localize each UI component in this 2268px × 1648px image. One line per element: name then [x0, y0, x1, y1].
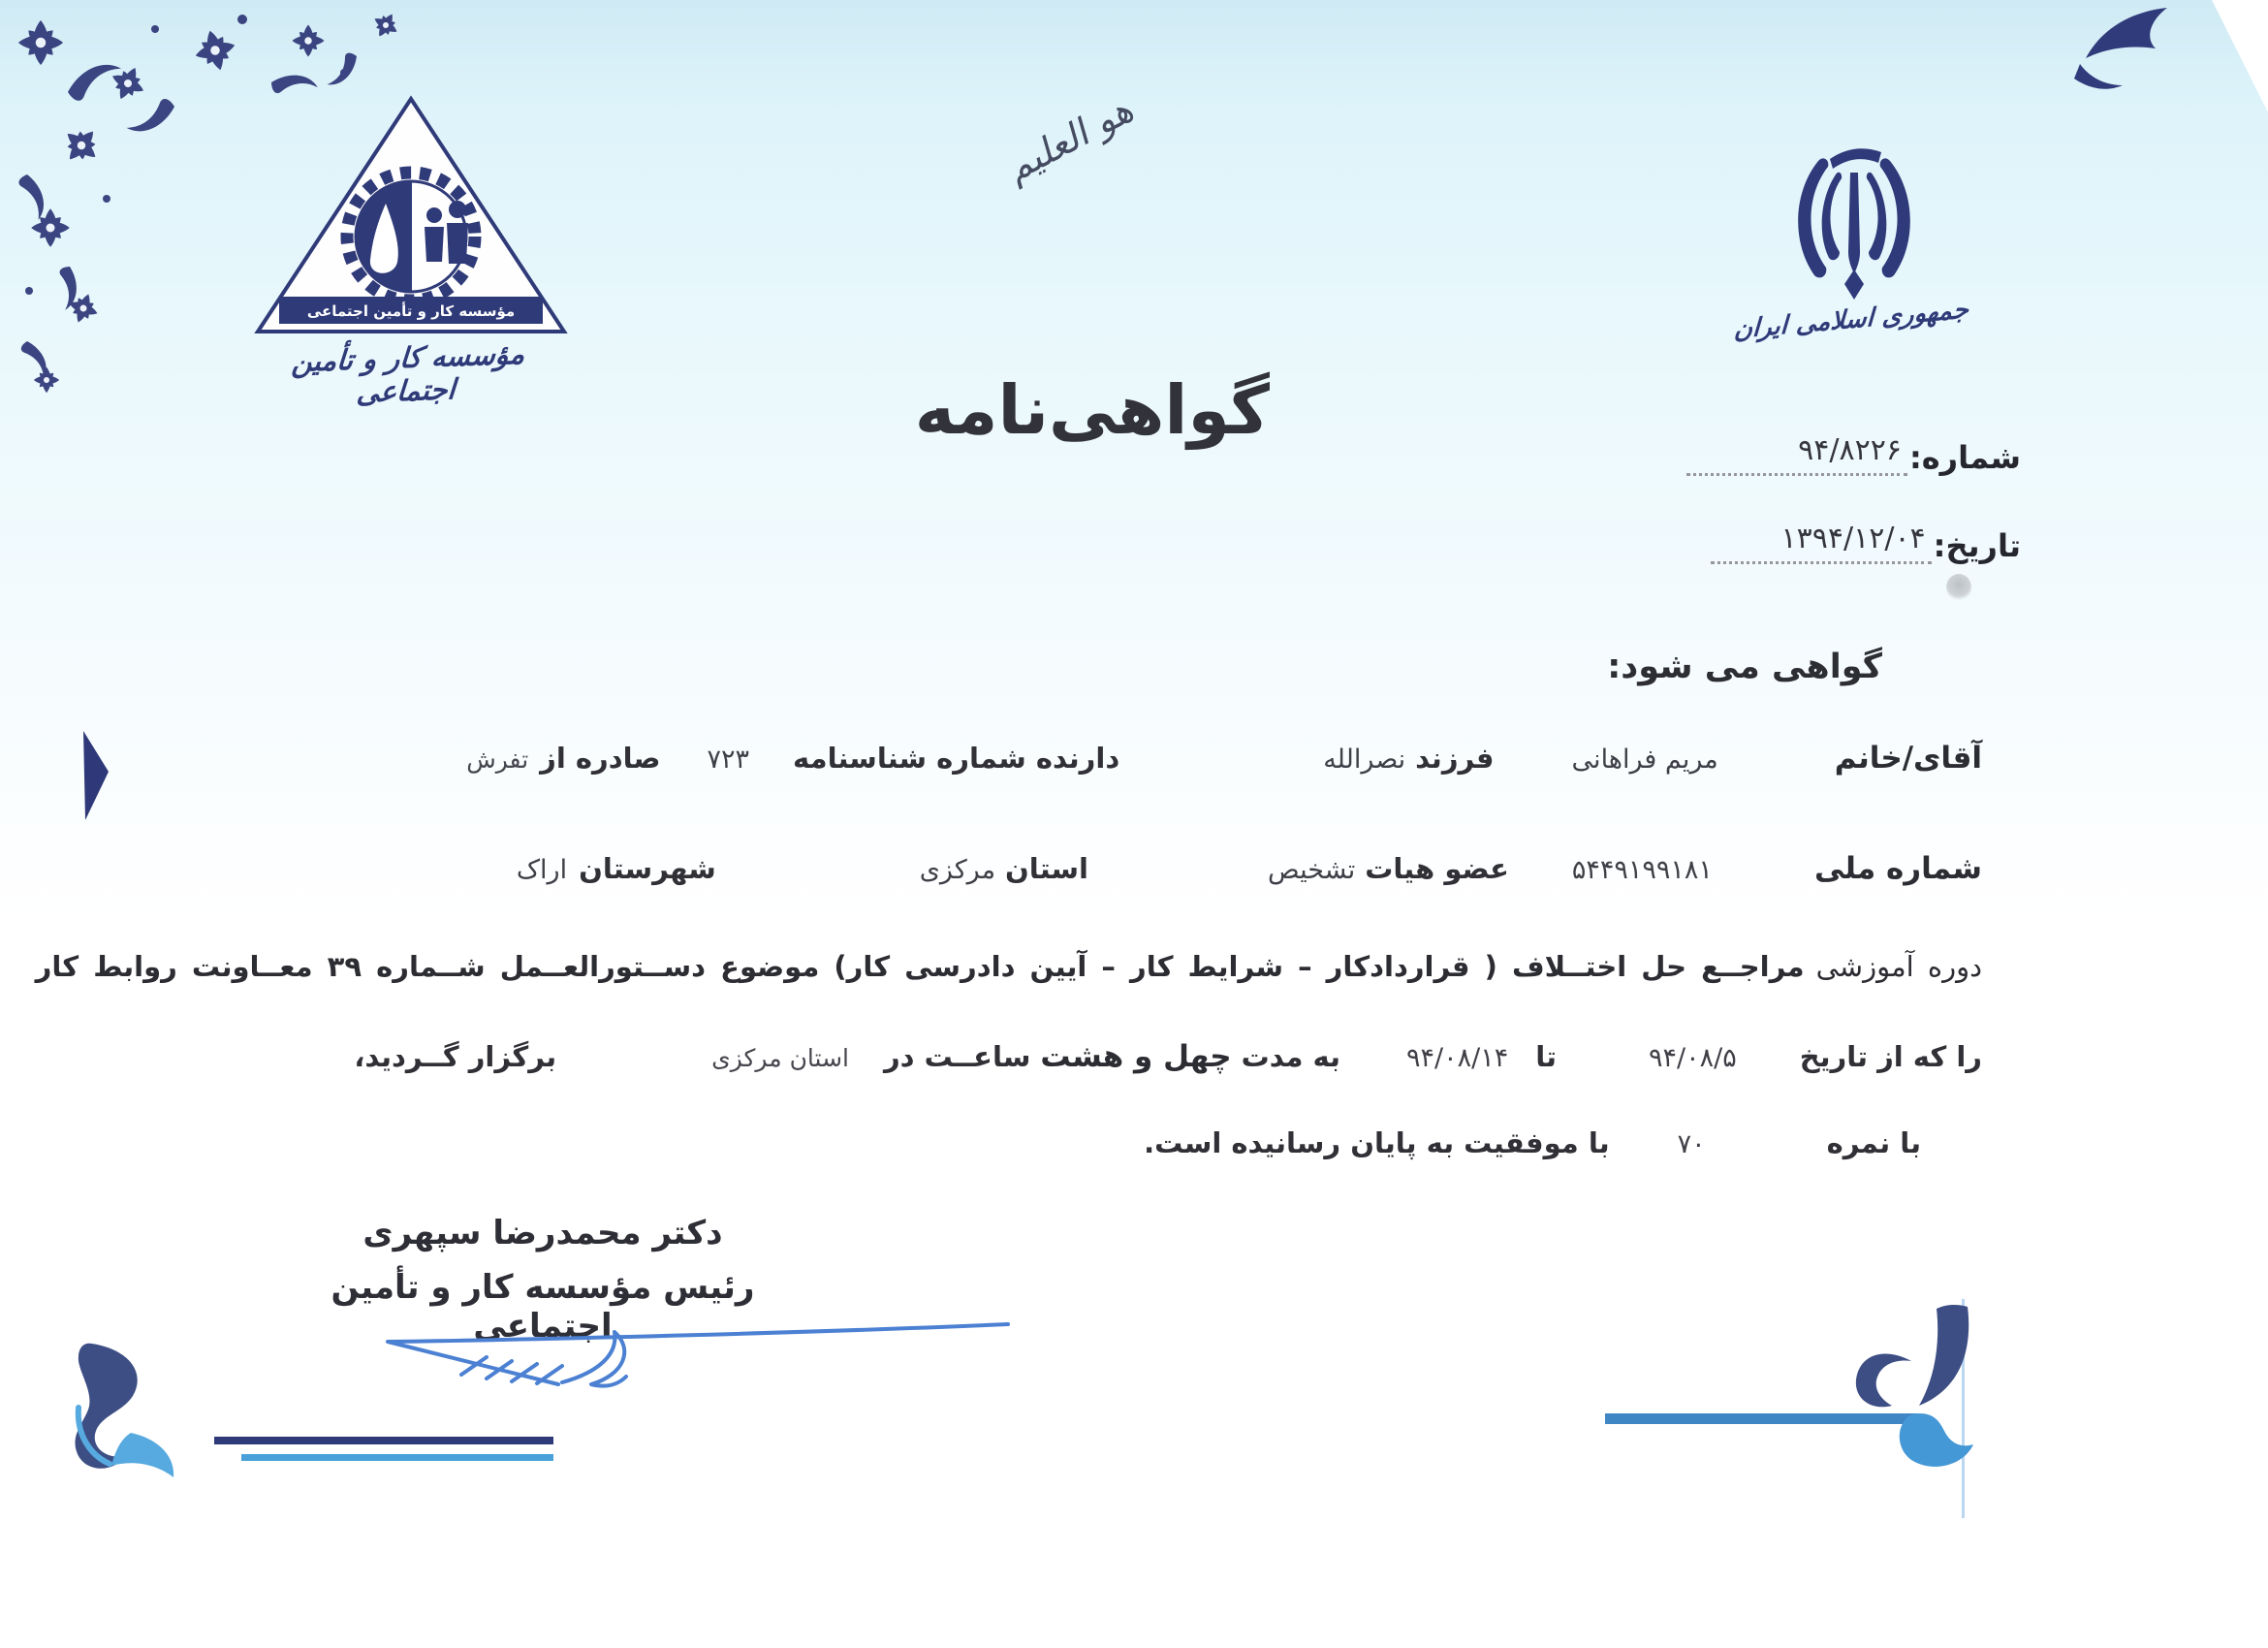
score-row: با نمره ۷۰ با موفقیت به پایان رسانیده اس…: [1144, 1126, 1921, 1159]
institute-logo-emblem: مؤسسه کار و تأمین اجتماعی: [244, 93, 578, 337]
left-edge-ornament-fragment: [79, 729, 112, 822]
serial-number-row: شماره: ۹۴/۸۲۲۶: [1682, 432, 2021, 476]
bottom-left-decoration: [73, 1340, 577, 1490]
scan-smudge: [1946, 574, 1971, 601]
label-board-member: عضو هیات: [1365, 852, 1509, 885]
serial-date-line: ۱۳۹۴/۱۲/۰۴: [1711, 521, 1932, 564]
value-national-id: ۵۴۴۹۱۹۹۱۸۱: [1572, 855, 1713, 885]
label-hours-suffix: ساعــت در: [884, 1040, 1030, 1073]
value-father-name: نصرالله: [1323, 745, 1405, 775]
value-issued-from: تفرش: [466, 745, 528, 774]
bottom-right-blue-bar: [1605, 1413, 1919, 1424]
value-duration-hours: چهل و هشت: [1040, 1039, 1231, 1074]
course-prefix: دوره آموزشی: [1816, 950, 1982, 983]
label-national-id: شماره ملی: [1814, 851, 1982, 886]
institute-logo-caption: مؤسسه کار و تأمین اجتماعی: [245, 335, 570, 413]
value-applicant-name: مریم فراهانی: [1572, 745, 1718, 775]
label-score: با نمره: [1827, 1126, 1921, 1159]
serial-number-line: ۹۴/۸۲۲۶: [1686, 432, 1907, 476]
bismillah-calligraphy: هو العلیم: [1005, 84, 1138, 191]
bottom-left-blue-rule: [241, 1454, 553, 1461]
value-from-date: ۹۴/۰۸/۵: [1649, 1043, 1737, 1073]
value-id-number: ۷۲۳: [708, 745, 750, 775]
serial-number-value: ۹۴/۸۲۲۶: [1798, 433, 1902, 467]
serial-date-label: تاریخ:: [1934, 527, 2021, 564]
course-row: دوره آموزشی مراجــع حل اختــلاف ( قراردا…: [208, 950, 1982, 983]
value-board-member: تشخیص: [1268, 855, 1355, 885]
bottom-left-navy-rule: [214, 1437, 553, 1444]
label-from-date: را که از تاریخ: [1800, 1040, 1982, 1073]
label-child-of: فرزند: [1415, 742, 1494, 775]
label-id-number: دارنده شماره شناسنامه: [793, 742, 1119, 775]
value-province: مرکزی: [920, 855, 995, 885]
course-description: مراجــع حل اختــلاف ( قراردادکار – شرایط…: [36, 950, 1805, 983]
iran-emblem: [1781, 138, 1927, 302]
label-applicant: آقای/خانم: [1835, 741, 1982, 776]
label-success: با موفقیت به پایان رسانیده است.: [1144, 1126, 1609, 1159]
signatory-name: دکتر محمدرضا سپهری: [320, 1214, 766, 1252]
value-until-date: ۹۴/۰۸/۱۴: [1406, 1043, 1508, 1073]
page-corner-fold: [2212, 0, 2268, 116]
person-row: آقای/خانم مریم فراهانی فرزند نصرالله دار…: [466, 741, 1982, 776]
serial-number-label: شماره:: [1909, 439, 2021, 476]
serial-date-value: ۱۳۹۴/۱۲/۰۴: [1781, 522, 1926, 555]
serial-date-row: تاریخ: ۱۳۹۴/۱۲/۰۴: [1682, 521, 2021, 564]
top-right-flourish: [2063, 2, 2174, 94]
value-county: اراک: [517, 855, 567, 885]
value-location: استان مرکزی: [711, 1044, 849, 1072]
label-until: تا: [1535, 1040, 1557, 1073]
institute-banner-text: مؤسسه کار و تأمین اجتماعی: [307, 301, 515, 320]
label-issued-from: صادره از: [540, 742, 660, 775]
duration-row: را که از تاریخ ۹۴/۰۸/۵ تا ۹۴/۰۸/۱۴ به مد…: [354, 1039, 1982, 1074]
certificate-page: مؤسسه کار و تأمین اجتماعی مؤسسه کار و تأ…: [0, 0, 2268, 1648]
certificate-title: گواهی‌نامه: [921, 370, 1270, 450]
certify-heading: گواهی می شود:: [1607, 648, 1882, 686]
bottom-right-decoration: [1578, 1297, 2053, 1520]
national-id-row: شماره ملی ۵۴۴۹۱۹۹۱۸۱ عضو هیات تشخیص استا…: [517, 851, 1982, 886]
label-held: برگزار گــردید،: [354, 1040, 556, 1073]
label-province: استان: [1005, 852, 1088, 885]
label-county: شهرستان: [579, 852, 716, 885]
value-score: ۷۰: [1678, 1129, 1706, 1159]
label-for-duration: به مدت: [1242, 1040, 1340, 1073]
